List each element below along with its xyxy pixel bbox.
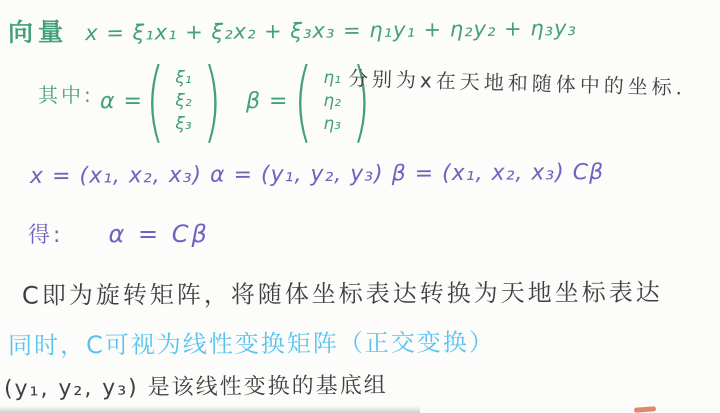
close-paren: ) <box>202 55 221 147</box>
result-label: 得: <box>28 223 63 248</box>
alpha-entry-1: ξ₁ <box>175 68 191 88</box>
line-rotation-matrix-note: C即为旋转矩阵，将随体坐标表达转换为天地坐标表达 <box>22 272 663 310</box>
beta-entry-1: η₁ <box>323 68 341 88</box>
line-vector-definition: 向量 x = ξ₁x₁ + ξ₂x₂ + ξ₃x₃ = η₁y₁ + η₂y₂ … <box>8 7 577 49</box>
line-result: 得: α = Cβ <box>28 218 210 249</box>
photo-edge-shadow <box>0 406 420 413</box>
red-pen-mark <box>634 406 656 413</box>
alpha-entry-2: ξ₂ <box>175 91 191 111</box>
open-paren: ( <box>294 55 313 147</box>
beta-equals: β = <box>246 89 288 114</box>
line-basis-note: (y₁, y₂, y₃) 是该线性变换的基底组 <box>4 368 388 402</box>
alpha-entry-3: ξ₃ <box>175 114 191 134</box>
beta-entry-2: η₂ <box>323 91 341 111</box>
line-basis-equality: x = (x₁, x₂, x₃) α = (y₁, y₂, y₃) β = (x… <box>30 160 604 189</box>
result-formula: α = Cβ <box>109 220 210 248</box>
vector-expansion-formula: x = ξ₁x₁ + ξ₂x₂ + ξ₃x₃ = η₁y₁ + η₂y₂ + η… <box>85 16 577 45</box>
alpha-entries: ξ₁ ξ₂ ξ₃ <box>172 68 194 134</box>
beta-entries: η₁ η₂ η₃ <box>320 68 344 134</box>
beta-entry-3: η₃ <box>323 114 341 134</box>
line-column-vectors: 其中: α = ( ξ₁ ξ₂ ξ₃ ) β = ( η₁ η₂ η₃ ) 分别… <box>0 55 720 151</box>
alpha-column-matrix: ( ξ₁ ξ₂ ξ₃ ) <box>138 55 229 147</box>
handwritten-notes-page: 向量 x = ξ₁x₁ + ξ₂x₂ + ξ₃x₃ = η₁y₁ + η₂y₂ … <box>0 0 720 413</box>
open-paren: ( <box>146 55 165 147</box>
alpha-equals: α = <box>100 89 143 114</box>
line-linear-transform-note: 同时，C可视为线性变换矩阵（正交变换） <box>8 322 495 360</box>
coordinates-annotation: 分别为x在天地和随体中的坐标. <box>348 62 687 100</box>
vector-label: 向量 <box>8 17 68 47</box>
where-label: 其中: <box>38 79 94 108</box>
